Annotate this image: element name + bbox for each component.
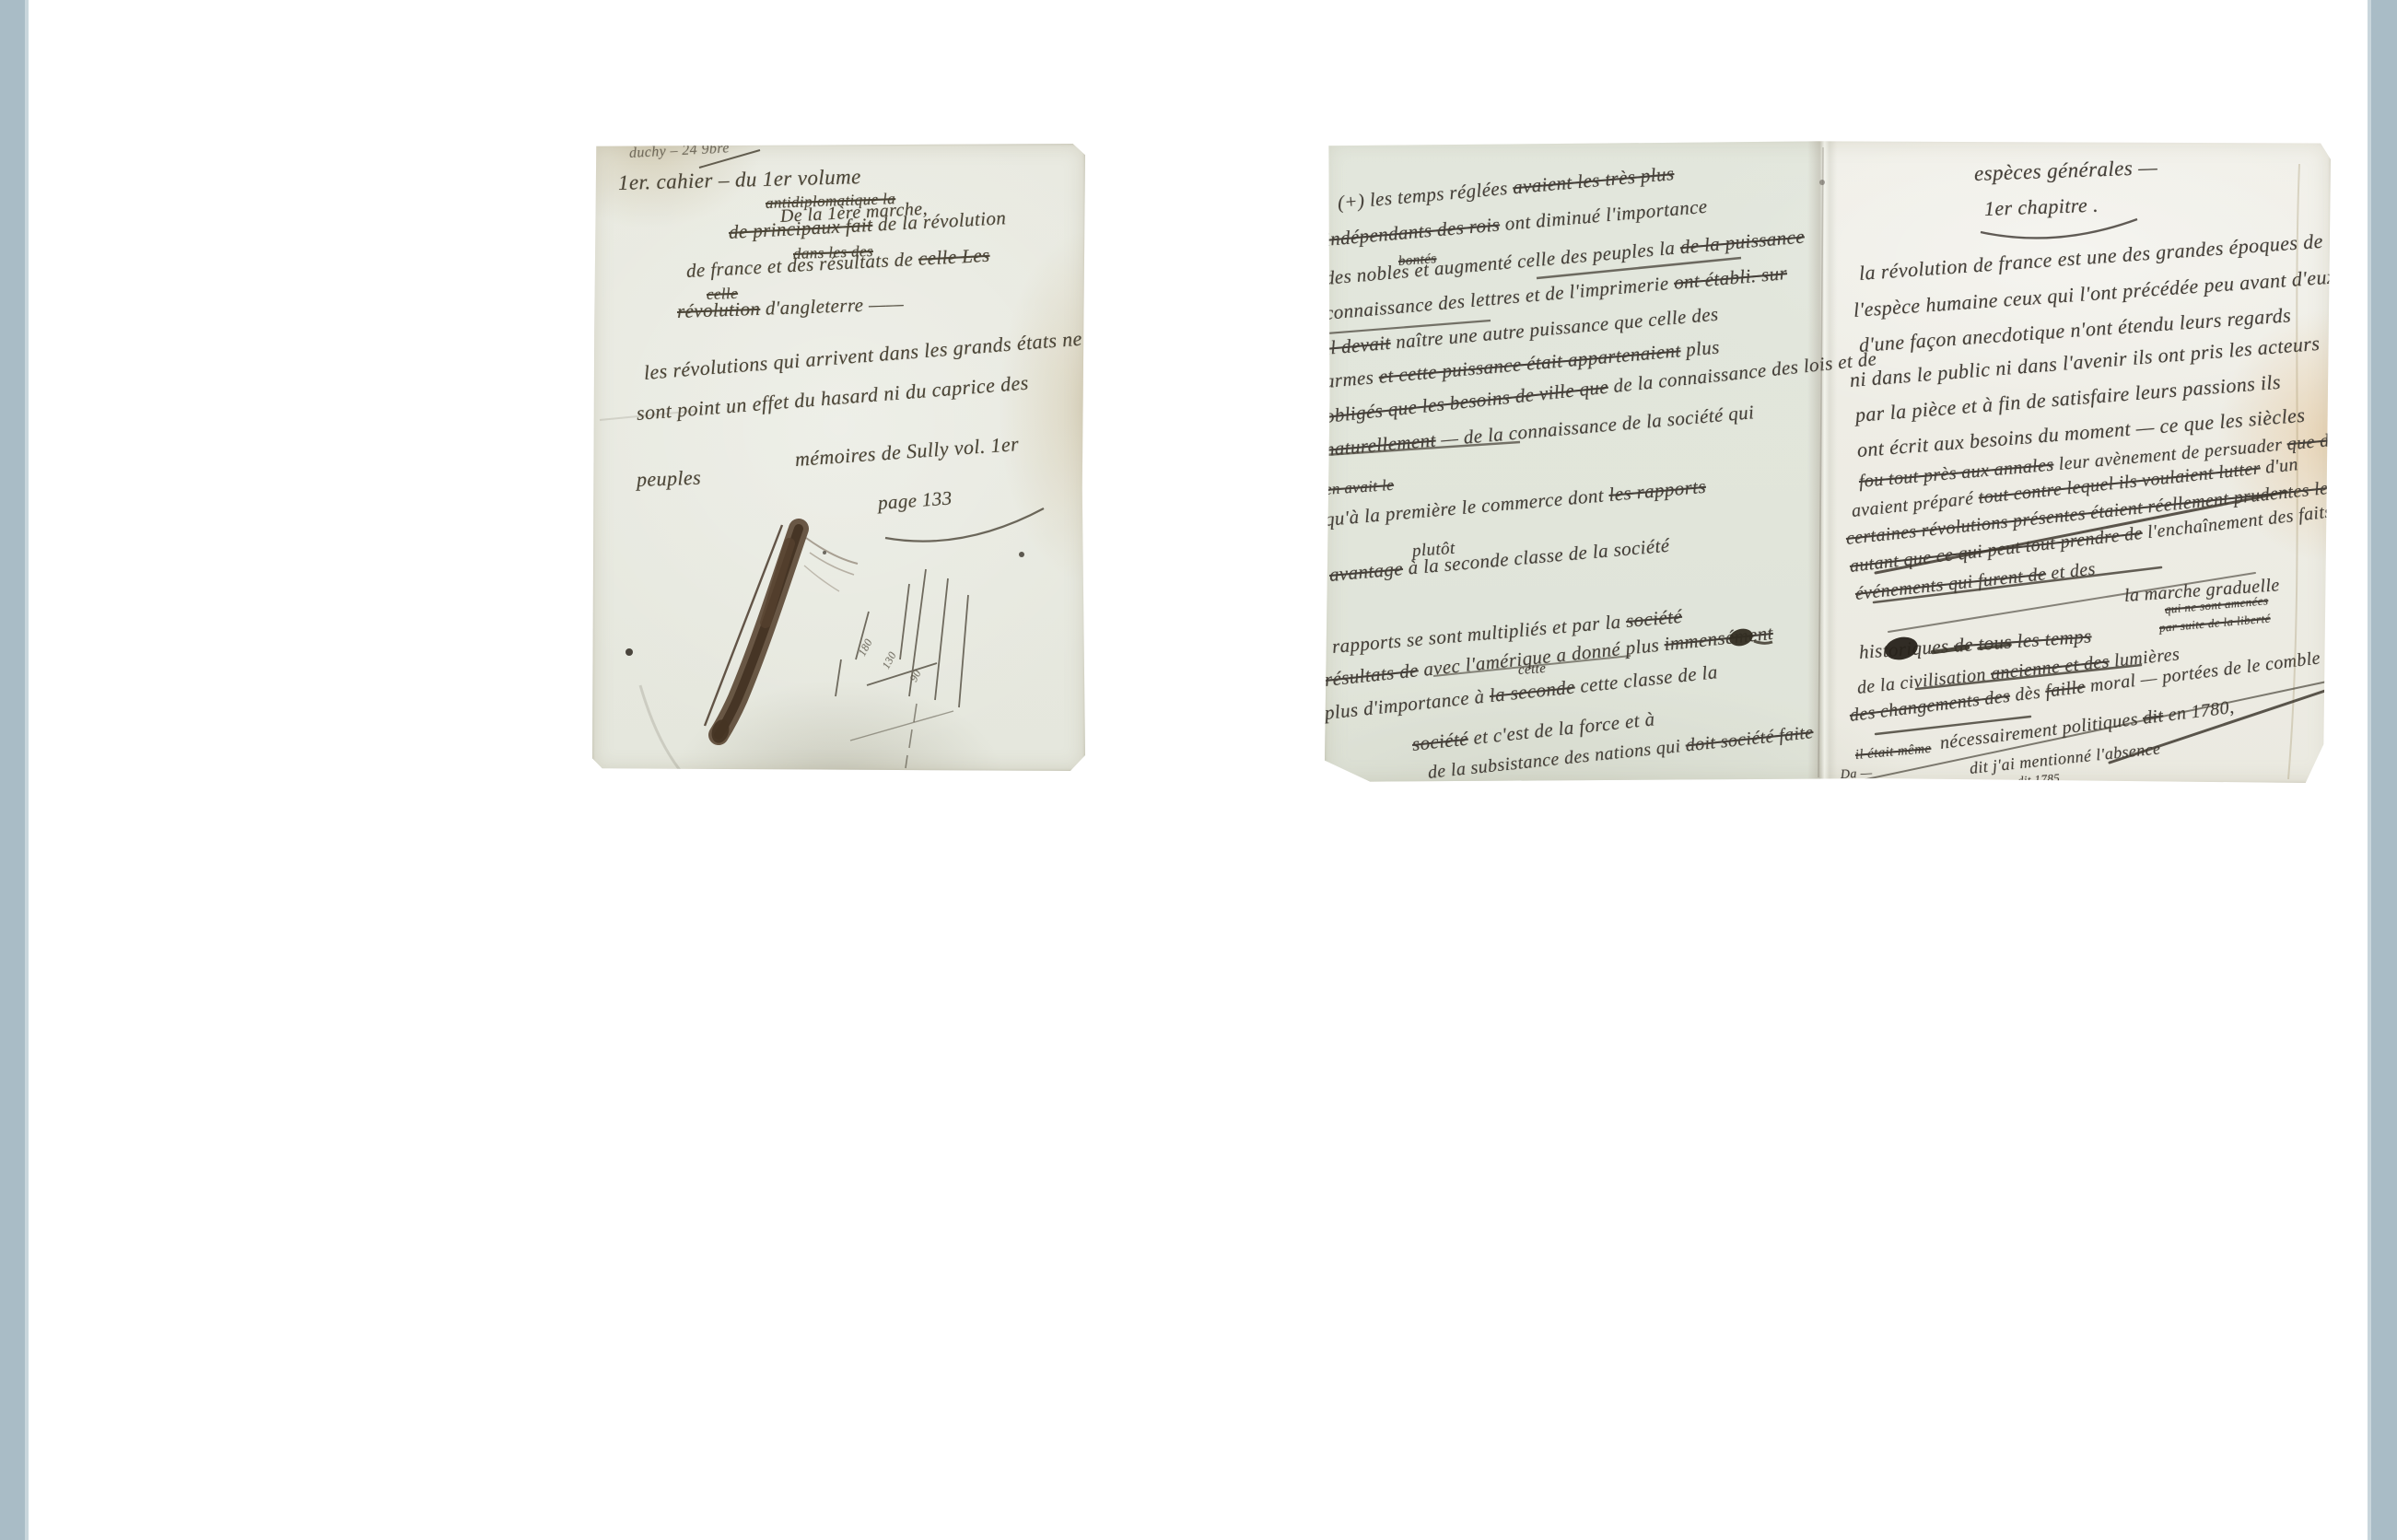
- handwriting-note: duchy – 24 9bre: [629, 144, 731, 162]
- handwriting-text: ont diminué l'importance: [1499, 195, 1708, 236]
- handwriting-text: historiques: [1858, 635, 1955, 663]
- handwriting-text: 130: [879, 649, 898, 671]
- handwriting-text: avaient les très plus: [1512, 162, 1675, 198]
- scribble-number: 180: [855, 636, 875, 659]
- handwriting-text: en 1780,: [2162, 697, 2236, 726]
- handwriting-text: ont établi. sur: [1673, 262, 1788, 294]
- scribble-number: 130: [879, 649, 899, 671]
- handwriting-line: il était même: [1854, 741, 1932, 764]
- handwriting-text: que de: [2286, 430, 2331, 455]
- handwriting-text: société: [1625, 605, 1683, 632]
- handwriting-text: les rapports: [1608, 475, 1706, 506]
- handwriting-text: plus d'importance à: [1325, 684, 1491, 724]
- ink-blob: [708, 717, 731, 745]
- smear-feather: [810, 553, 854, 575]
- handwriting-text: doit société faite: [1685, 722, 1815, 755]
- left-margin-bar: [0, 0, 29, 1540]
- ink-dot: [1019, 552, 1024, 557]
- handwriting-paragraph-line: peuples: [637, 466, 702, 492]
- handwriting-text: d'un: [2260, 454, 2299, 478]
- handwriting-text: indépendants des rois: [1325, 213, 1501, 251]
- handwriting-text: il devait: [1325, 332, 1392, 359]
- handwriting-text: peuples: [637, 466, 702, 491]
- handwriting-text: dit: [2142, 706, 2165, 729]
- handwriting-text: cette classe de la: [1573, 660, 1718, 697]
- handwriting-text: avantage: [1328, 557, 1404, 586]
- handwriting-text: en avait le: [1325, 476, 1395, 498]
- smear-feather: [806, 538, 858, 564]
- chapter-heading: 1er chapitre .: [1984, 193, 2099, 221]
- handwriting-line: cette: [1517, 661, 1546, 679]
- handwriting-text: d'angleterre ——: [760, 292, 905, 319]
- handwriting-text: de la puissance: [1679, 225, 1806, 258]
- dashed-stroke: [906, 704, 917, 768]
- handwriting-text: 90: [906, 668, 923, 684]
- flourish-stroke: [885, 508, 1044, 542]
- handwriting-line: dit 1785: [2017, 771, 2060, 783]
- handwriting-text: armes: [1325, 366, 1380, 392]
- handwriting-text: et des: [2045, 559, 2097, 585]
- handwriting-text: 1er. cahier – du 1er volume: [618, 165, 861, 194]
- chapter-heading: espèces générales —: [1974, 156, 2158, 186]
- handwriting-text: de france et des résultats de: [685, 248, 918, 282]
- arithmetic-scribbles: [836, 569, 968, 707]
- gutter-fold: [1807, 140, 1837, 783]
- citation-line: mémoires de Sully vol. 1er: [794, 432, 1020, 472]
- handwriting-text: 180: [855, 636, 874, 659]
- right-margin-bar: [2368, 0, 2397, 1540]
- handwriting-line: Da —: [1841, 766, 1873, 783]
- ink-smear-core: [719, 529, 799, 735]
- manuscript-spread: (+) les temps réglées avaient les très p…: [1325, 140, 2331, 783]
- handwriting-text: celle: [918, 246, 957, 270]
- handwriting-text: il était même: [1854, 741, 1932, 763]
- handwriting-text: 1er chapitre .: [1984, 193, 2099, 220]
- handwriting-text: (+) les temps réglées: [1337, 176, 1514, 214]
- ink-dot: [626, 648, 633, 656]
- handwriting-text: Les: [956, 244, 990, 268]
- ink-smear: [719, 529, 799, 735]
- handwriting-text: de principaux fait: [728, 214, 873, 243]
- handwriting-text: le fruit des causes que: [2309, 461, 2331, 500]
- ink-smear-fork: [766, 543, 789, 623]
- handwriting-line: avantage à la seconde classe de la socié…: [1328, 534, 1671, 587]
- handwriting-text: naturellement: [1325, 428, 1437, 460]
- ink-hairline: [705, 525, 782, 726]
- handwriting-text: page 133: [877, 486, 953, 514]
- scribble-stroke: [850, 711, 953, 741]
- handwriting-text: espèces générales —: [1974, 156, 2158, 185]
- handwriting-text: plus: [1679, 336, 1720, 362]
- handwriting-title: 1er. cahier – du 1er volume: [618, 165, 861, 195]
- heading-flourish: [1981, 219, 2137, 238]
- citation-line: page 133: [877, 486, 953, 515]
- handwriting-text: faille: [2044, 677, 2087, 702]
- handwriting-text: mémoires de Sully vol. 1er: [794, 432, 1020, 471]
- scribble-number: 90: [906, 668, 924, 684]
- handwriting-text: cette: [1517, 661, 1546, 678]
- handwriting-text: révolution: [677, 297, 761, 322]
- handwriting-text: résultats de: [1325, 659, 1420, 691]
- document-page: { "page": { "background_color": "#ffffff…: [0, 0, 2397, 1540]
- handwriting-text: duchy – 24 9bre: [629, 144, 731, 161]
- manuscript-single-page: duchy – 24 9bre 1er. cahier – du 1er vol…: [592, 144, 1085, 771]
- handwriting-line: en avait le: [1325, 476, 1395, 499]
- smear-feather: [804, 566, 839, 591]
- handwriting-text: Da —: [1841, 766, 1873, 782]
- handwriting-text: société: [1411, 728, 1469, 755]
- ink-dot: [823, 551, 826, 554]
- handwriting-text: de tous les temps: [1953, 624, 2092, 656]
- handwriting-text: la seconde: [1489, 676, 1576, 707]
- handwriting-text: dès: [2009, 682, 2047, 706]
- pencil-curve: [640, 685, 683, 771]
- handwriting-text: dit 1785: [2017, 771, 2060, 783]
